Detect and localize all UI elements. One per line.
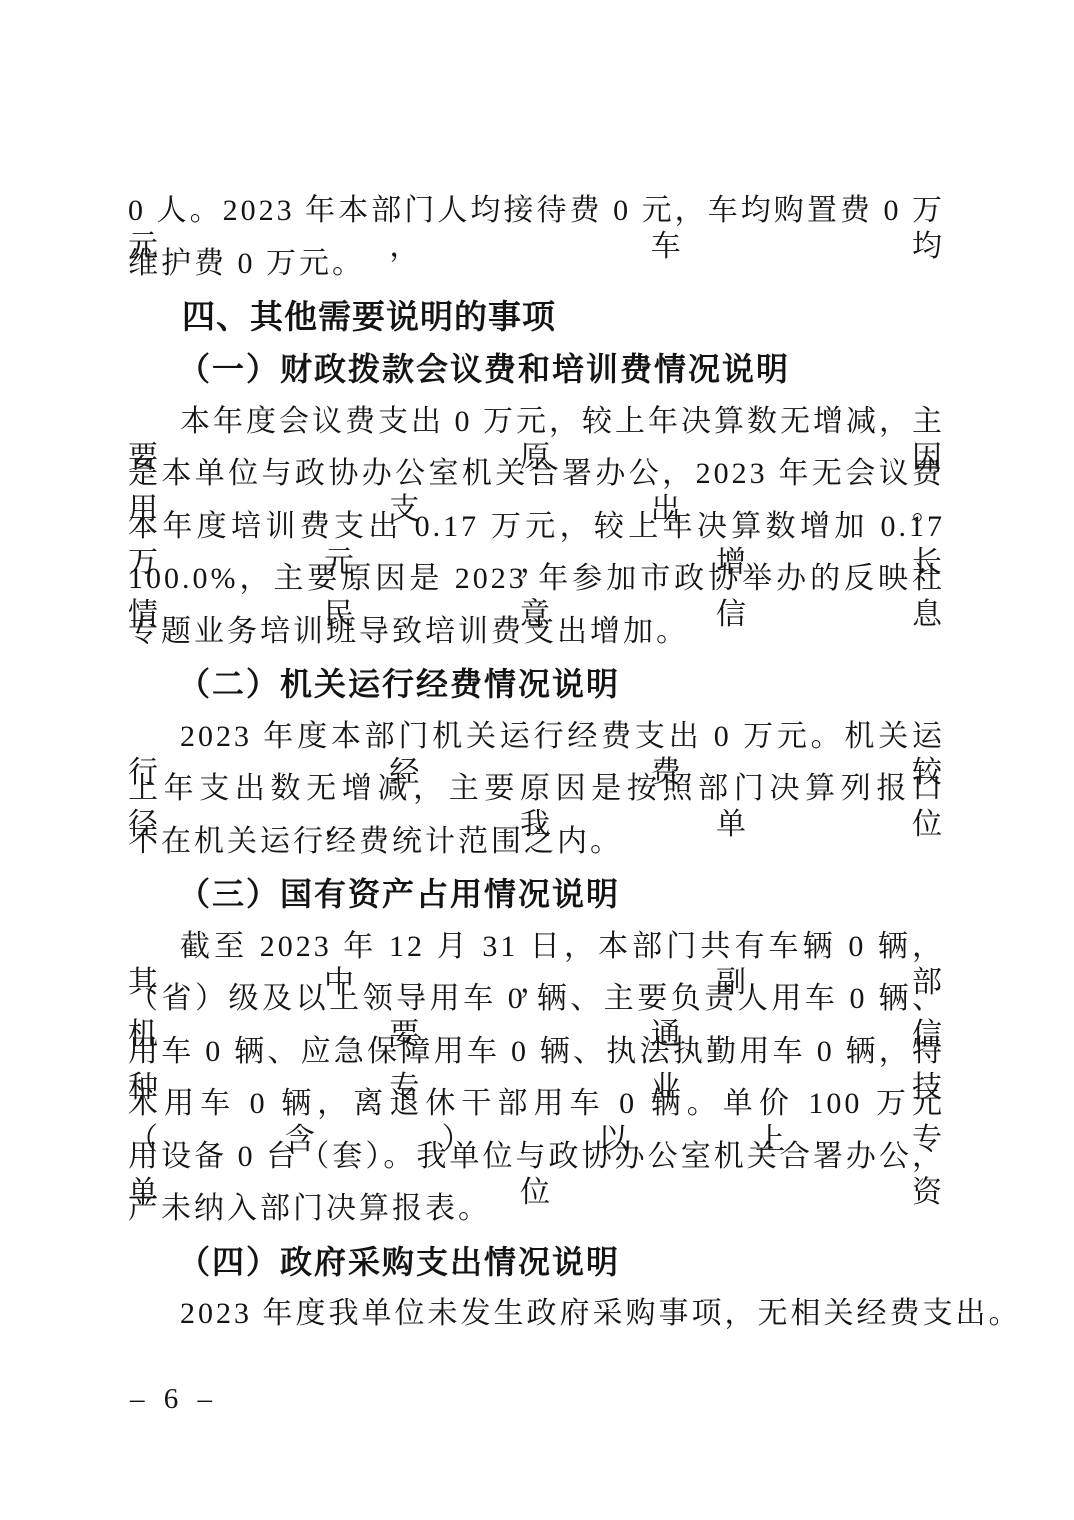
subsection-heading: （三）国有资产占用情况说明 [128, 876, 945, 912]
subsection-heading: （一）财政拨款会议费和培训费情况说明 [128, 351, 945, 387]
document-page: 0 人。2023 年本部门人均接待费 0 元，车均购置费 0 万元，车均 维护费… [0, 0, 1074, 1520]
body-line: 不在机关运行经费统计范围之内。 [128, 824, 945, 860]
subsection-heading: （二）机关运行经费情况说明 [128, 666, 945, 702]
body-line: 2023 年度我单位未发生政府采购事项，无相关经费支出。 [128, 1296, 945, 1332]
subsection-heading: （四）政府采购支出情况说明 [128, 1244, 945, 1280]
body-line: 维护费 0 万元。 [128, 246, 945, 282]
body-line: 产未纳入部门决算报表。 [128, 1191, 945, 1227]
body-line: 专题业务培训班导致培训费支出增加。 [128, 614, 945, 650]
section-heading: 四、其他需要说明的事项 [128, 299, 945, 335]
page-number: – 6 – [130, 1383, 218, 1416]
